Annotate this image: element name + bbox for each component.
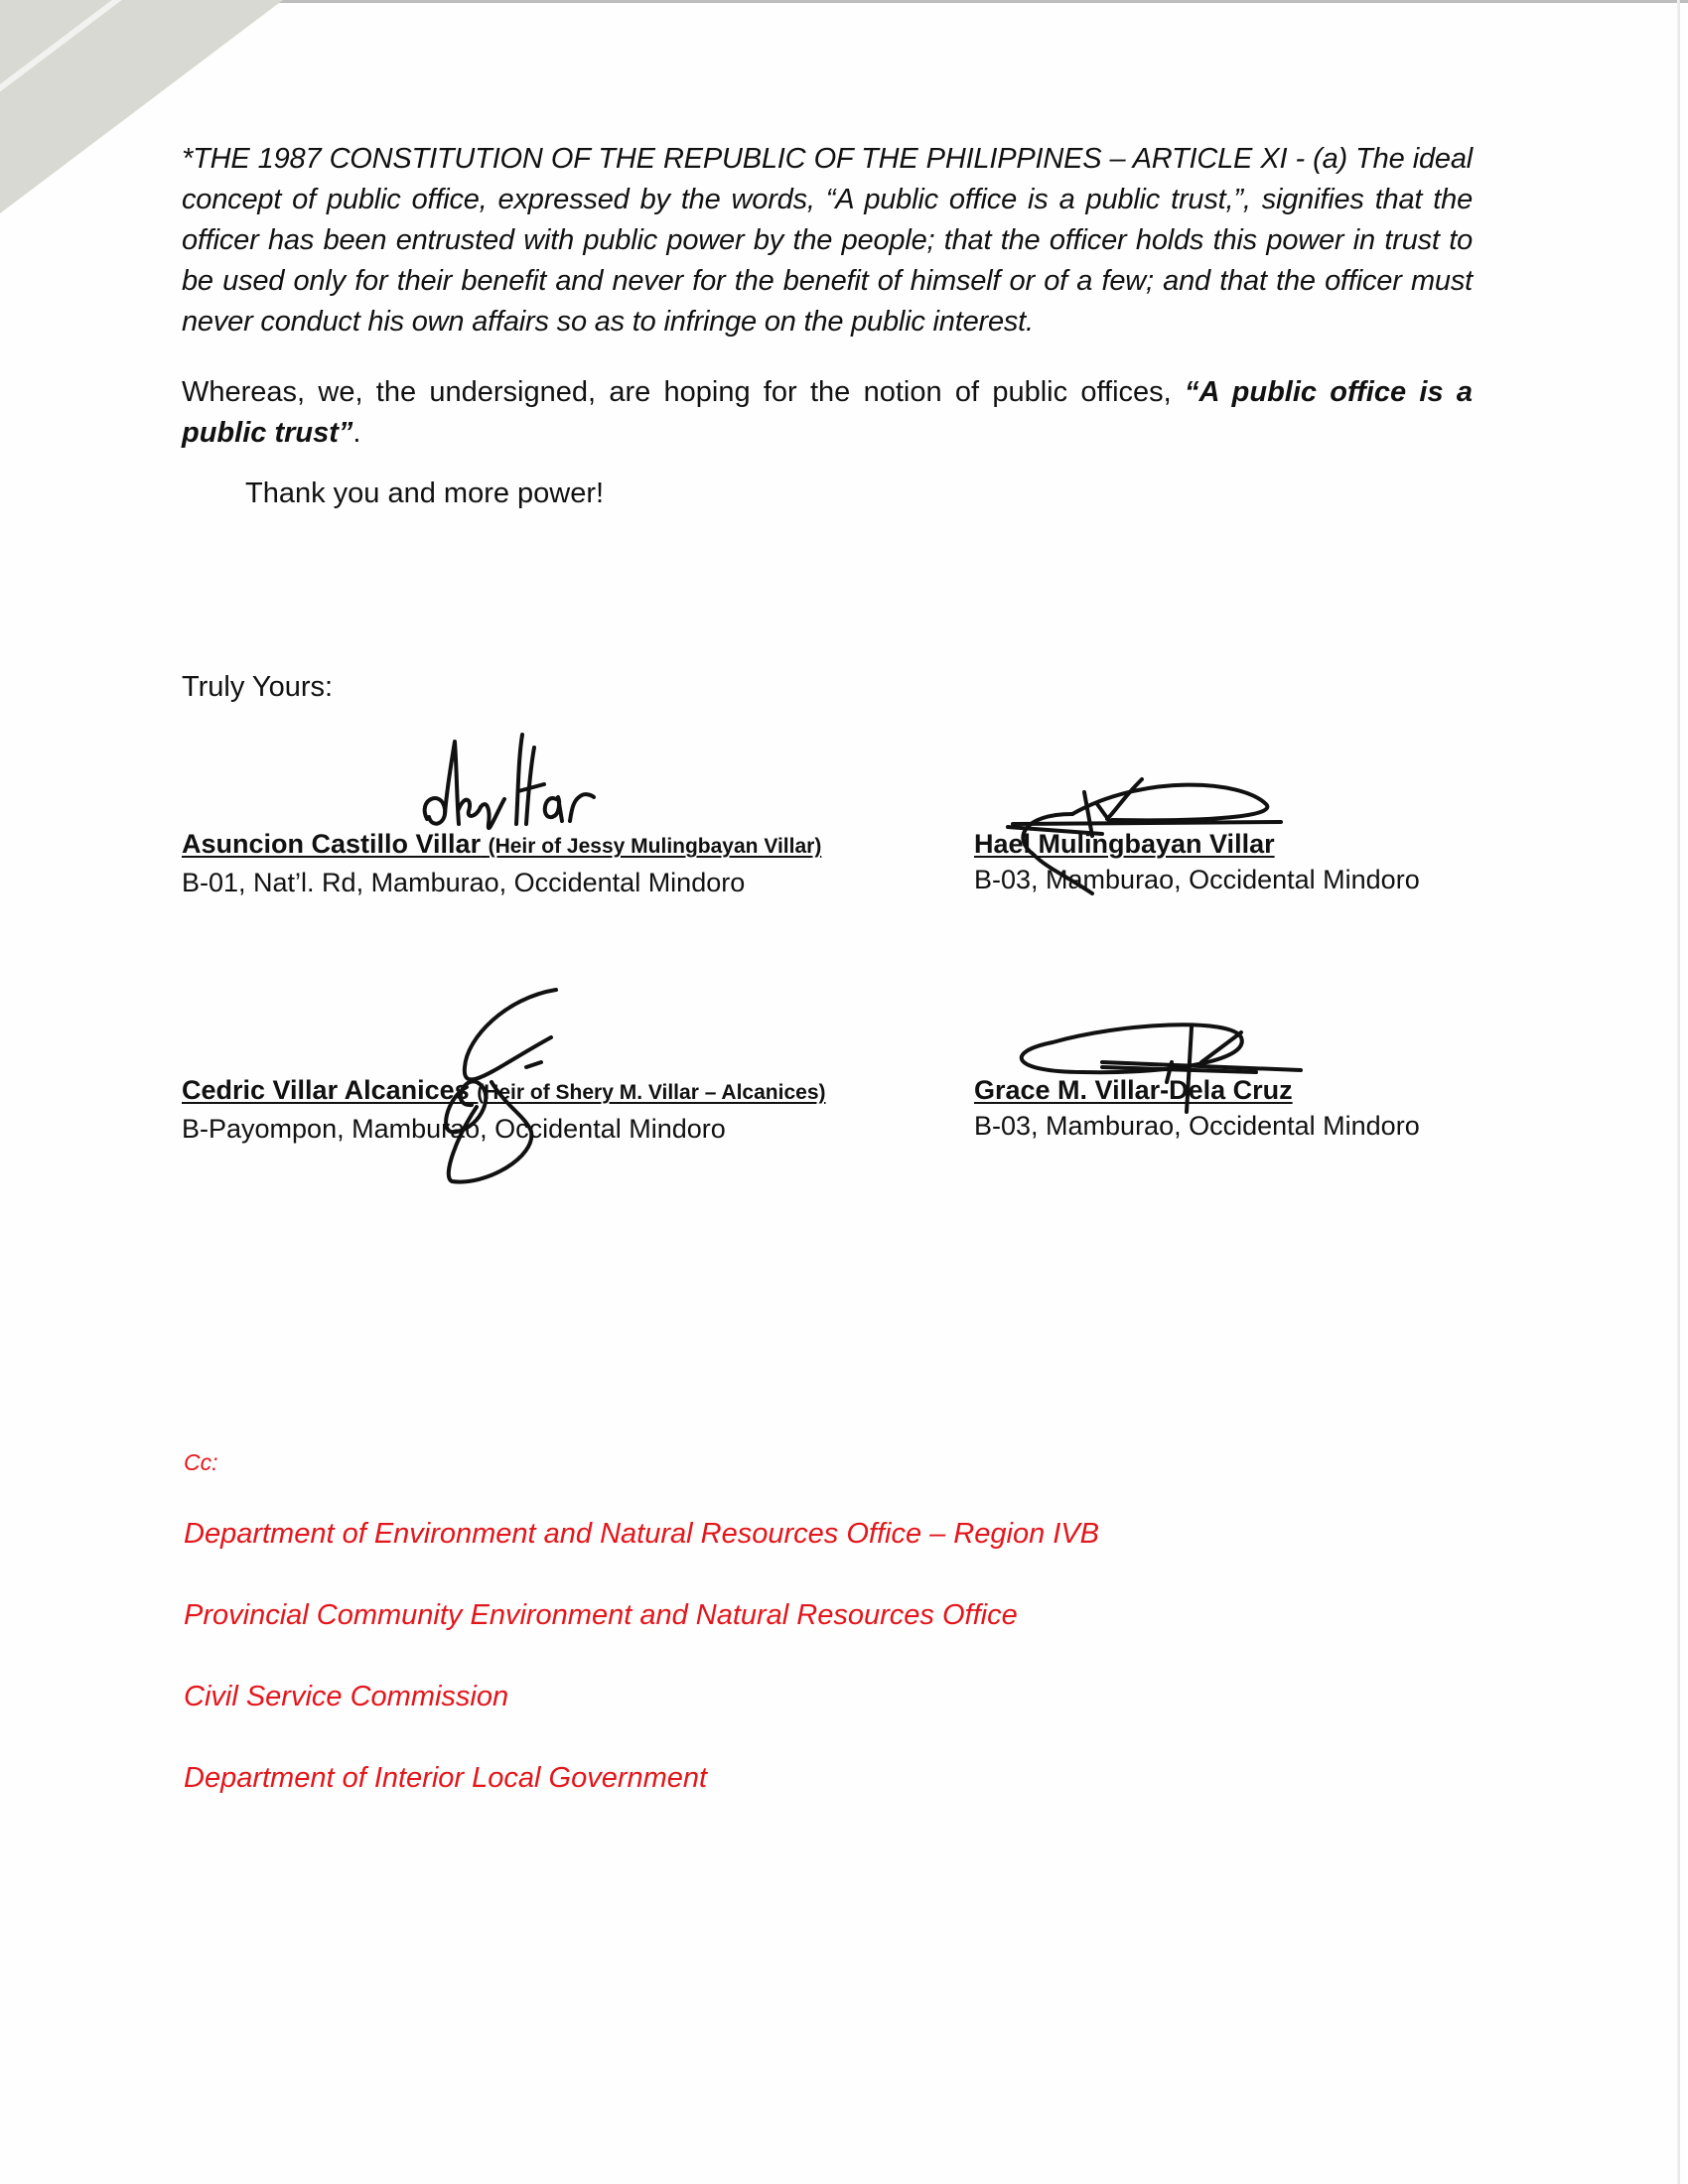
signatory-note: (Heir of Jessy Mulingbayan Villar) [489, 835, 822, 858]
signatory-name: Grace M. Villar-Dela Cruz [974, 1072, 1420, 1108]
scanned-letter-page: *THE 1987 CONSTITUTION OF THE REPUBLIC O… [0, 0, 1688, 2184]
signatory-name: Cedric Villar Alcanices (Heir of Shery M… [182, 1072, 826, 1111]
signatory-address: B-03, Mamburao, Occidental Mindoro [974, 862, 1420, 897]
cc-recipient: Civil Service Commission [184, 1677, 1099, 1758]
signatory-name: Asuncion Castillo Villar (Heir of Jessy … [182, 826, 821, 865]
whereas-end: . [352, 417, 360, 449]
cc-list: Cc: Department of Environment and Natura… [184, 1449, 1099, 1840]
cc-recipient: Department of Interior Local Government [184, 1758, 1099, 1840]
signatory-block: Asuncion Castillo Villar (Heir of Jessy … [182, 826, 821, 900]
letter-body: *THE 1987 CONSTITUTION OF THE REPUBLIC O… [182, 139, 1473, 514]
signatory-address: B-Payompon, Mamburao, Occidental Mindoro [182, 1111, 826, 1147]
signatory-note: (Heir of Shery M. Villar – Alcanices) [477, 1081, 825, 1104]
whereas-paragraph: Whereas, we, the undersigned, are hoping… [182, 372, 1473, 454]
cc-recipient: Provincial Community Environment and Nat… [184, 1595, 1099, 1677]
cc-recipient: Department of Environment and Natural Re… [184, 1514, 1099, 1595]
constitution-citation: *THE 1987 CONSTITUTION OF THE REPUBLIC O… [182, 139, 1473, 342]
signatory-address: B-01, Nat’l. Rd, Mamburao, Occidental Mi… [182, 865, 821, 900]
thanks-line: Thank you and more power! [245, 474, 1473, 514]
scan-right-edge-shadow [1677, 0, 1680, 2184]
cc-label: Cc: [184, 1449, 1099, 1476]
closing-salutation: Truly Yours: [182, 671, 333, 704]
signatory-block: Grace M. Villar-Dela Cruz B-03, Mamburao… [974, 1072, 1420, 1144]
signatory-address: B-03, Mamburao, Occidental Mindoro [974, 1108, 1420, 1144]
whereas-text: Whereas, we, the undersigned, are hoping… [182, 376, 1185, 408]
signatory-name: Hael Mulingbayan Villar [974, 826, 1420, 862]
signatory-block: Cedric Villar Alcanices (Heir of Shery M… [182, 1072, 826, 1147]
signatory-block: Hael Mulingbayan Villar B-03, Mamburao, … [974, 826, 1420, 897]
